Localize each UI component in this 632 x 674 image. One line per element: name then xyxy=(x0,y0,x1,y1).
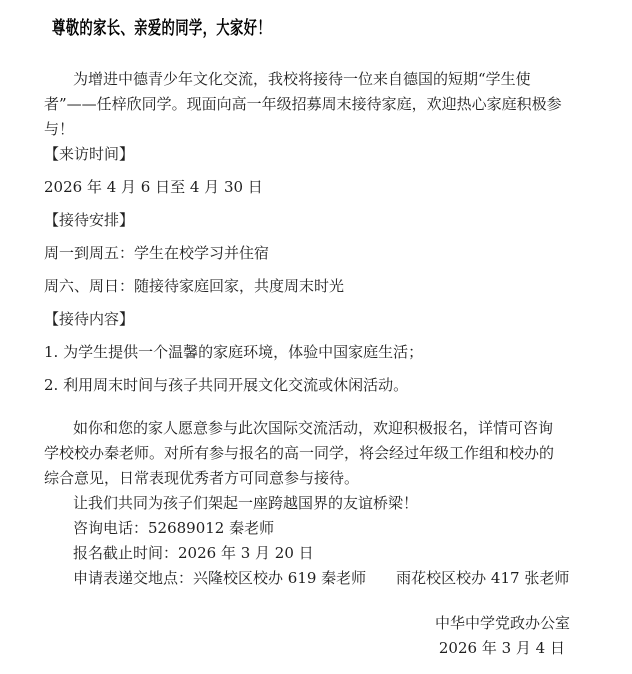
submission-location-line: 申请表递交地点：兴隆校区校办 619 秦老师 雨花校区校办 417 张老师 xyxy=(44,566,587,591)
intro-line-1: 为增进中德青少年文化交流，我校将接待一位来自德国的短期“学生使 xyxy=(44,67,587,92)
closing-line-2: 学校校办秦老师。对所有参与报名的高一同学，将会经过年级工作组和校办的 xyxy=(44,441,587,466)
signature-date: 2026 年 3 月 4 日 xyxy=(44,636,570,661)
closing-line-3: 综合意见，日常表现优秀者方可同意参与接待。 xyxy=(44,466,587,491)
closing-line-1: 如你和您的家人愿意参与此次国际交流活动，欢迎积极报名，详情可咨询 xyxy=(44,416,587,441)
deadline-line: 报名截止时间：2026 年 3 月 20 日 xyxy=(44,541,587,566)
intro-paragraph: 为增进中德青少年文化交流，我校将接待一位来自德国的短期“学生使 者”——任梓欣同… xyxy=(44,67,587,142)
arrangement-weekend: 周六、周日：随接待家庭回家，共度周末时光 xyxy=(44,274,587,299)
section-visit-time-heading: 【来访时间】 xyxy=(44,142,587,167)
signature-org: 中华中学党政办公室 xyxy=(44,611,570,636)
visit-time-value: 2026 年 4 月 6 日至 4 月 30 日 xyxy=(44,175,587,200)
slogan-line: 让我们共同为孩子们架起一座跨越国界的友谊桥梁！ xyxy=(44,491,587,516)
section-content-heading: 【接待内容】 xyxy=(44,307,587,332)
content-item-1: 1. 为学生提供一个温馨的家庭环境，体验中国家庭生活； xyxy=(44,340,587,365)
notice-document-page: 尊敬的家长、亲爱的同学，大家好！ 为增进中德青少年文化交流，我校将接待一位来自德… xyxy=(0,0,632,674)
salutation-line: 尊敬的家长、亲爱的同学，大家好！ xyxy=(52,16,587,42)
closing-paragraph: 如你和您的家人愿意参与此次国际交流活动，欢迎积极报名，详情可咨询 学校校办秦老师… xyxy=(44,416,587,491)
signature-block: 中华中学党政办公室 2026 年 3 月 4 日 xyxy=(44,611,587,661)
intro-line-3: 与！ xyxy=(44,117,587,142)
content-item-2: 2. 利用周末时间与孩子共同开展文化交流或休闲活动。 xyxy=(44,373,587,398)
arrangement-weekday: 周一到周五：学生在校学习并住宿 xyxy=(44,241,587,266)
contact-phone-line: 咨询电话：52689012 秦老师 xyxy=(44,516,587,541)
salutation-text: 尊敬的家长、亲爱的同学，大家好！ xyxy=(52,16,271,41)
intro-line-2: 者”——任梓欣同学。现面向高一年级招募周末接待家庭，欢迎热心家庭积极参 xyxy=(44,92,587,117)
section-arrangement-heading: 【接待安排】 xyxy=(44,208,587,233)
